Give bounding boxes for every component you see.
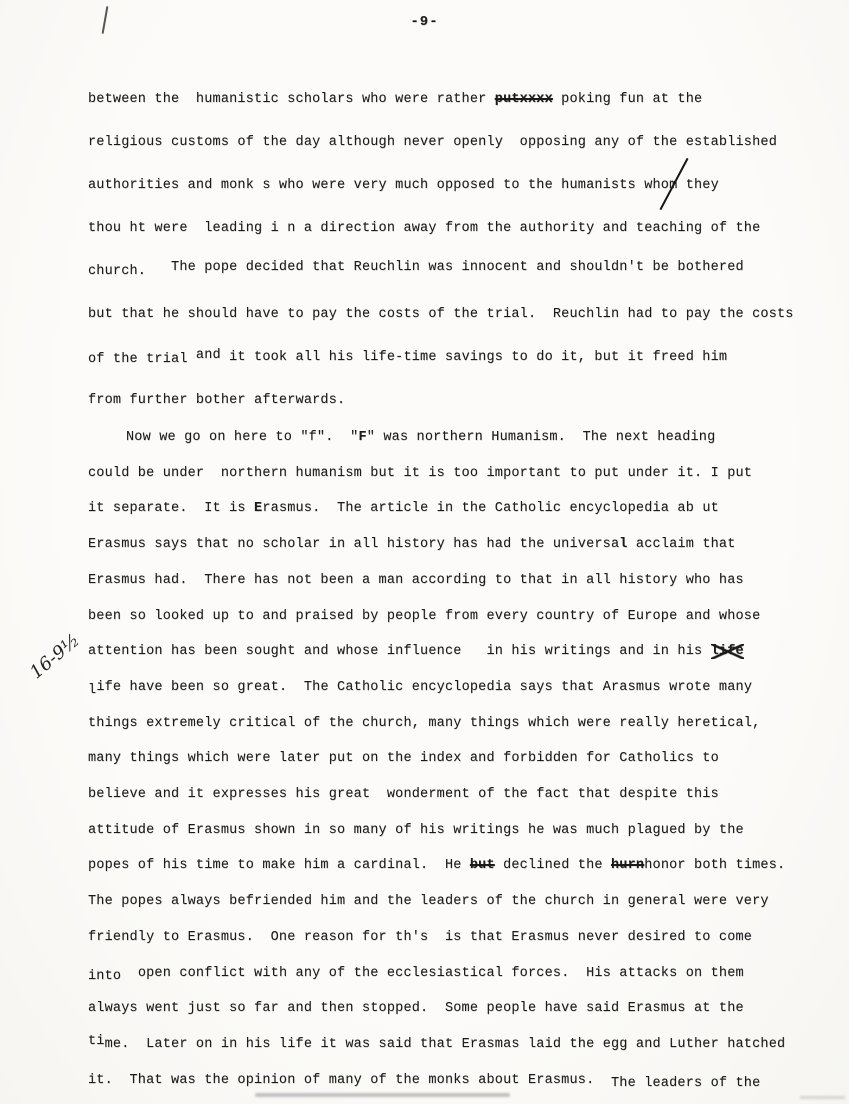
handwritten-margin-note: 16-9½ [26,630,84,683]
typed-text: Erasmus says that no scholar in all hist… [88,537,619,552]
typed-text: religious customs of the day although ne… [88,135,777,150]
typed-text: attention has been sought and whose infl… [88,644,711,659]
typed-text: F [358,430,366,445]
typed-line: into open conflict with any of the eccle… [88,956,832,992]
typed-text: rasmus. The article in the Catholic ency… [262,501,719,516]
struck-text: life [711,644,744,659]
typed-text: ti [88,1034,105,1049]
typed-line: authorities and monk s who were very muc… [88,164,832,207]
struck-text: putxxxx [495,92,553,107]
paragraph: Now we go on here to "f". "F" was northe… [88,420,832,1098]
typed-line: Now we go on here to "f". "F" was northe… [88,420,832,456]
typed-text: things extremely critical of the church,… [88,716,760,731]
typed-text: they [677,178,719,193]
typed-text: honor both times. [644,858,785,873]
typed-text: The leaders of the [611,1076,760,1091]
typed-line: popes of his time to make him a cardinal… [88,848,832,884]
typed-text: declined the [495,858,611,873]
typed-text: Erasmus had. There has not been a man ac… [88,573,744,588]
typed-line: The popes always befriended him and the … [88,884,832,920]
typed-line: but that he should have to pay the costs… [88,293,832,336]
typed-text: and [196,348,221,363]
typed-text: it took all his life-time savings to do … [221,350,727,365]
typed-line: from further bother afterwards. [88,379,832,422]
typed-line: many things which were later put on the … [88,741,832,777]
typed-text: but that he should have to pay the costs… [88,307,794,322]
typed-line: things extremely critical of the church,… [88,706,832,742]
typed-text: been so looked up to and praised by peop… [88,609,760,624]
paragraph: between the humanistic scholars who were… [88,78,832,422]
typed-text: poking fun at the [553,92,702,107]
typed-text: authorities and monk s who were very muc… [88,178,669,193]
typed-text: it. That was the opinion of many of the … [88,1073,611,1088]
typed-line: thou ht were leading i n a direction awa… [88,207,832,250]
typed-text: it separate. It is [88,501,254,516]
typed-text: l [619,537,627,552]
typed-text: church. [88,264,171,279]
typed-text: " was northern Humanism. The next headin… [367,430,716,445]
scan-smudge-right [800,1096,845,1099]
typed-text: into [88,969,121,984]
typed-line: Erasmus had. There has not been a man ac… [88,563,832,599]
typed-line: believe and it expresses his great wonde… [88,777,832,813]
typed-text: attitude of Erasmus shown in so many of … [88,823,744,838]
typed-text: popes of his time to make him a cardinal… [88,858,470,873]
typed-text: many things which were later put on the … [88,751,719,766]
typed-text: could be under northern humanism but it … [88,466,752,481]
typed-line: church. The pope decided that Reuchlin w… [88,250,832,293]
typed-line: been so looked up to and praised by peop… [88,599,832,635]
typed-text: The pope decided that Reuchlin was innoc… [171,260,744,275]
typed-text: l [88,683,96,698]
page-number: -9- [0,14,849,30]
typed-text: from further bother afterwards. [88,393,345,408]
typed-text: me. Later on in his life it was said tha… [105,1037,786,1052]
typed-line: always went just so far and then stopped… [88,991,832,1027]
typed-text: friendly to Erasmus. One reason for th's… [88,930,752,945]
typed-line: attention has been sought and whose infl… [88,634,832,670]
typed-text: Now we go on here to "f". " [126,430,358,445]
typed-line: it separate. It is Erasmus. The article … [88,491,832,527]
typed-text: of the trial [88,352,196,367]
typed-text: believe and it expresses his great wonde… [88,787,719,802]
typed-text: always went just so far and then stopped… [88,1001,744,1016]
typed-line: religious customs of the day although ne… [88,121,832,164]
struck-text: hurn [611,858,644,873]
typed-text: ife have been so great. The Catholic enc… [96,680,752,695]
typed-line: friendly to Erasmus. One reason for th's… [88,920,832,956]
typed-text: The popes always befriended him and the … [88,894,769,909]
typed-line: life have been so great. The Catholic en… [88,670,832,706]
typed-text: acclaim that [628,537,736,552]
struck-text: but [470,858,495,873]
typed-line: time. Later on in his life it was said t… [88,1027,832,1063]
scanned-document-page: -9- between the humanistic scholars who … [0,0,849,1104]
typed-text: thou ht were leading i n a direction awa… [88,221,760,236]
typed-line: of the trial and it took all his life-ti… [88,336,832,379]
typed-line: between the humanistic scholars who were… [88,78,832,121]
typed-line: could be under northern humanism but it … [88,456,832,492]
typed-text: between the humanistic scholars who were… [88,92,495,107]
typed-text: open conflict with any of the ecclesiast… [121,966,744,981]
typed-text: m [669,164,677,207]
typed-line: Erasmus says that no scholar in all hist… [88,527,832,563]
typed-line: attitude of Erasmus shown in so many of … [88,813,832,849]
scan-smudge [255,1093,510,1097]
